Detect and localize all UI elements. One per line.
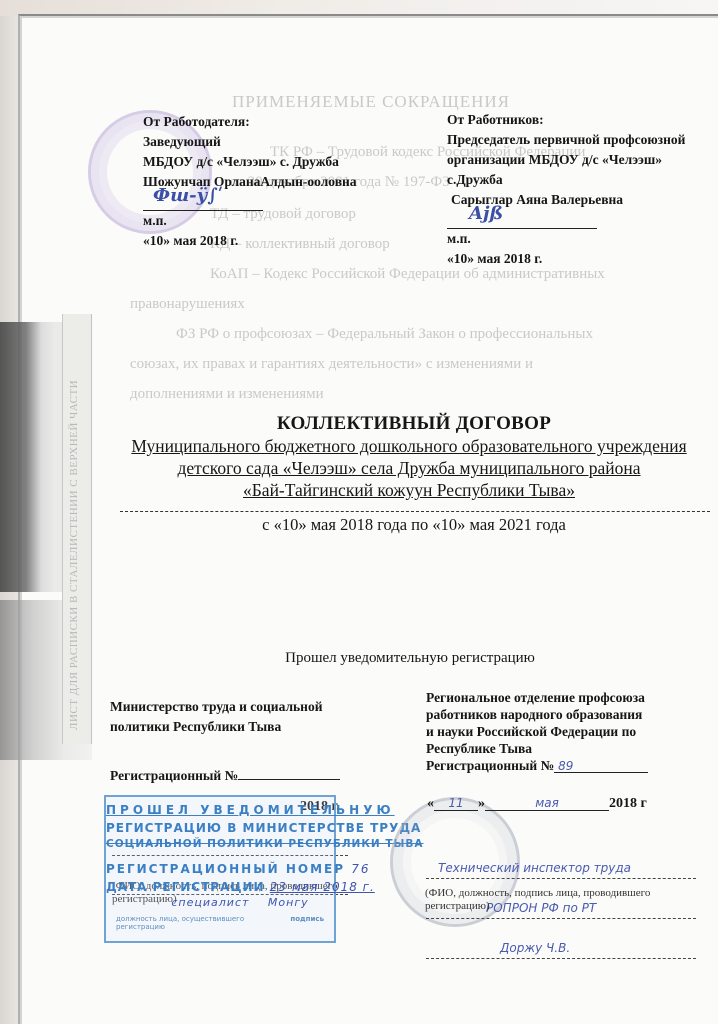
stamp-number-value: 76 xyxy=(351,862,370,876)
stamp-date-label: ДАТА РЕГИСТРАЦИИ xyxy=(106,880,265,894)
registration-note: Прошел уведомительную регистрацию xyxy=(110,650,710,667)
union-reg-number: Регистрационный №89 xyxy=(426,757,716,774)
date-month: мая xyxy=(485,796,609,811)
date-day: 11 xyxy=(434,796,478,811)
workers-heading: От Работников: xyxy=(447,110,717,130)
employer-signature: Фш-ӱ∫ʹ xyxy=(153,186,223,206)
ghost-line: дополнениями и изменениями xyxy=(130,386,324,403)
employer-position: Заведующий xyxy=(143,132,413,152)
workers-block: От Работников: Председатель первичной пр… xyxy=(447,110,717,269)
tape-bleed-text: ЛИСТ ДЛЯ РАСПИСКИ В СТАЛЕЛИСТЕНИИ С ВЕРХ… xyxy=(68,320,82,730)
ministry-name: Министерство труда и социальной xyxy=(110,697,380,717)
ministry-block: Министерство труда и социальной политики… xyxy=(110,697,380,737)
caption-line: регистрацию) xyxy=(425,900,695,913)
ghost-line: ФЗ РФ о профсоюзах – Федеральный Закон о… xyxy=(176,326,593,343)
stamp-line: РЕГИСТРАЦИЮ В МИНИСТЕРСТВЕ ТРУДА xyxy=(106,821,334,835)
stamp-line: СОЦИАЛЬНОЙ ПОЛИТИКИ РЕСПУБЛИКИ ТЫВА xyxy=(106,838,334,850)
union-name-cont: работников народного образования xyxy=(426,706,716,723)
caption-line: (ФИО, должность, подпись лица, проводивш… xyxy=(425,887,695,900)
ministry-reg-number: Регистрационный № xyxy=(110,765,380,786)
date-year: 2018 г xyxy=(609,796,647,811)
stamp-official: специалист Монгу xyxy=(106,896,334,909)
union-line: Технический инспектор труда xyxy=(426,861,696,879)
union-name-cont: Республике Тыва xyxy=(426,740,716,757)
contract-period: с «10» мая 2018 года по «10» мая 2021 го… xyxy=(110,515,718,535)
employer-signature-line: Фш-ӱ∫ʹ xyxy=(143,192,263,211)
workers-date: «10» мая 2018 г. xyxy=(447,249,717,269)
stamp-line: ПРОШЕЛ УВЕДОМИТЕЛЬНУЮ xyxy=(106,803,334,817)
union-name-cont: и науки Российской Федерации по xyxy=(426,723,716,740)
reg-number-value: 89 xyxy=(554,758,648,773)
stamp-date-value: 23 мая 2018 г. xyxy=(270,880,375,894)
employer-date: «10» мая 2018 г. xyxy=(143,231,413,251)
divider xyxy=(120,511,710,512)
stamp-official-signature: Монгу xyxy=(268,896,309,909)
subtitle-line: детского сада «Челээш» села Дружба муниц… xyxy=(177,458,640,478)
handwritten-name: Доржу Ч.В. xyxy=(500,941,570,955)
employer-heading: От Работодателя: xyxy=(143,112,413,132)
union-line: Доржу Ч.В. xyxy=(426,941,696,959)
union-date: «11»мая2018 г xyxy=(427,796,717,812)
stamp-footer-left: должность лица, осуществившего регистрац… xyxy=(116,915,290,931)
document-title: КОЛЛЕКТИВНЫЙ ДОГОВОР xyxy=(110,413,718,435)
stamp-footer-right: подпись xyxy=(290,915,324,931)
union-name: Региональное отделение профсоюза xyxy=(426,689,716,706)
workers-seal-label: м.п. xyxy=(447,229,717,249)
union-caption: (ФИО, должность, подпись лица, проводивш… xyxy=(425,887,695,913)
ministry-registration-stamp: ПРОШЕЛ УВЕДОМИТЕЛЬНУЮ РЕГИСТРАЦИЮ В МИНИ… xyxy=(104,795,336,943)
union-block: Региональное отделение профсоюза работни… xyxy=(426,689,716,774)
subtitle-line: «Бай-Тайгинский кожуун Республики Тыва» xyxy=(243,480,575,500)
employer-organization: МБДОУ д/с «Челээш» с. Дружба xyxy=(143,152,413,172)
workers-locality: с.Дружба xyxy=(447,170,717,190)
employer-block: От Работодателя: Заведующий МБДОУ д/с «Ч… xyxy=(143,112,413,251)
handwritten-position: Технический инспектор труда xyxy=(438,861,631,875)
document-subtitle: Муниципального бюджетного дошкольного об… xyxy=(100,435,718,501)
stamp-date: ДАТА РЕГИСТРАЦИИ 23 мая 2018 г. xyxy=(106,880,334,894)
stamp-number-label: РЕГИСТРАЦИОННЫЙ НОМЕР xyxy=(106,862,345,876)
ghost-line: союзах, их правах и гарантиях деятельнос… xyxy=(130,356,533,373)
employer-seal-label: м.п. xyxy=(143,211,413,231)
ministry-name-cont: политики Республики Тыва xyxy=(110,717,380,737)
workers-position-cont: организации МБДОУ д/с «Челээш» xyxy=(447,150,717,170)
stamp-footer: должность лица, осуществившего регистрац… xyxy=(106,915,334,931)
workers-signature-line: Ajß xyxy=(447,210,597,229)
workers-position: Председатель первичной профсоюзной xyxy=(447,130,717,150)
stamp-number: РЕГИСТРАЦИОННЫЙ НОМЕР 76 xyxy=(106,862,334,876)
reg-number-label: Регистрационный № xyxy=(110,768,238,783)
reg-number-blank xyxy=(238,765,340,780)
workers-signature: Ajß xyxy=(469,204,503,224)
stamp-official-title: специалист xyxy=(171,896,249,909)
subtitle-line: Муниципального бюджетного дошкольного об… xyxy=(131,436,686,456)
ghost-line: правонарушениях xyxy=(130,296,245,313)
ghost-heading: ПРИМЕНЯЕМЫЕ СОКРАЩЕНИЯ xyxy=(232,92,510,112)
reg-number-label: Регистрационный № xyxy=(426,758,554,773)
